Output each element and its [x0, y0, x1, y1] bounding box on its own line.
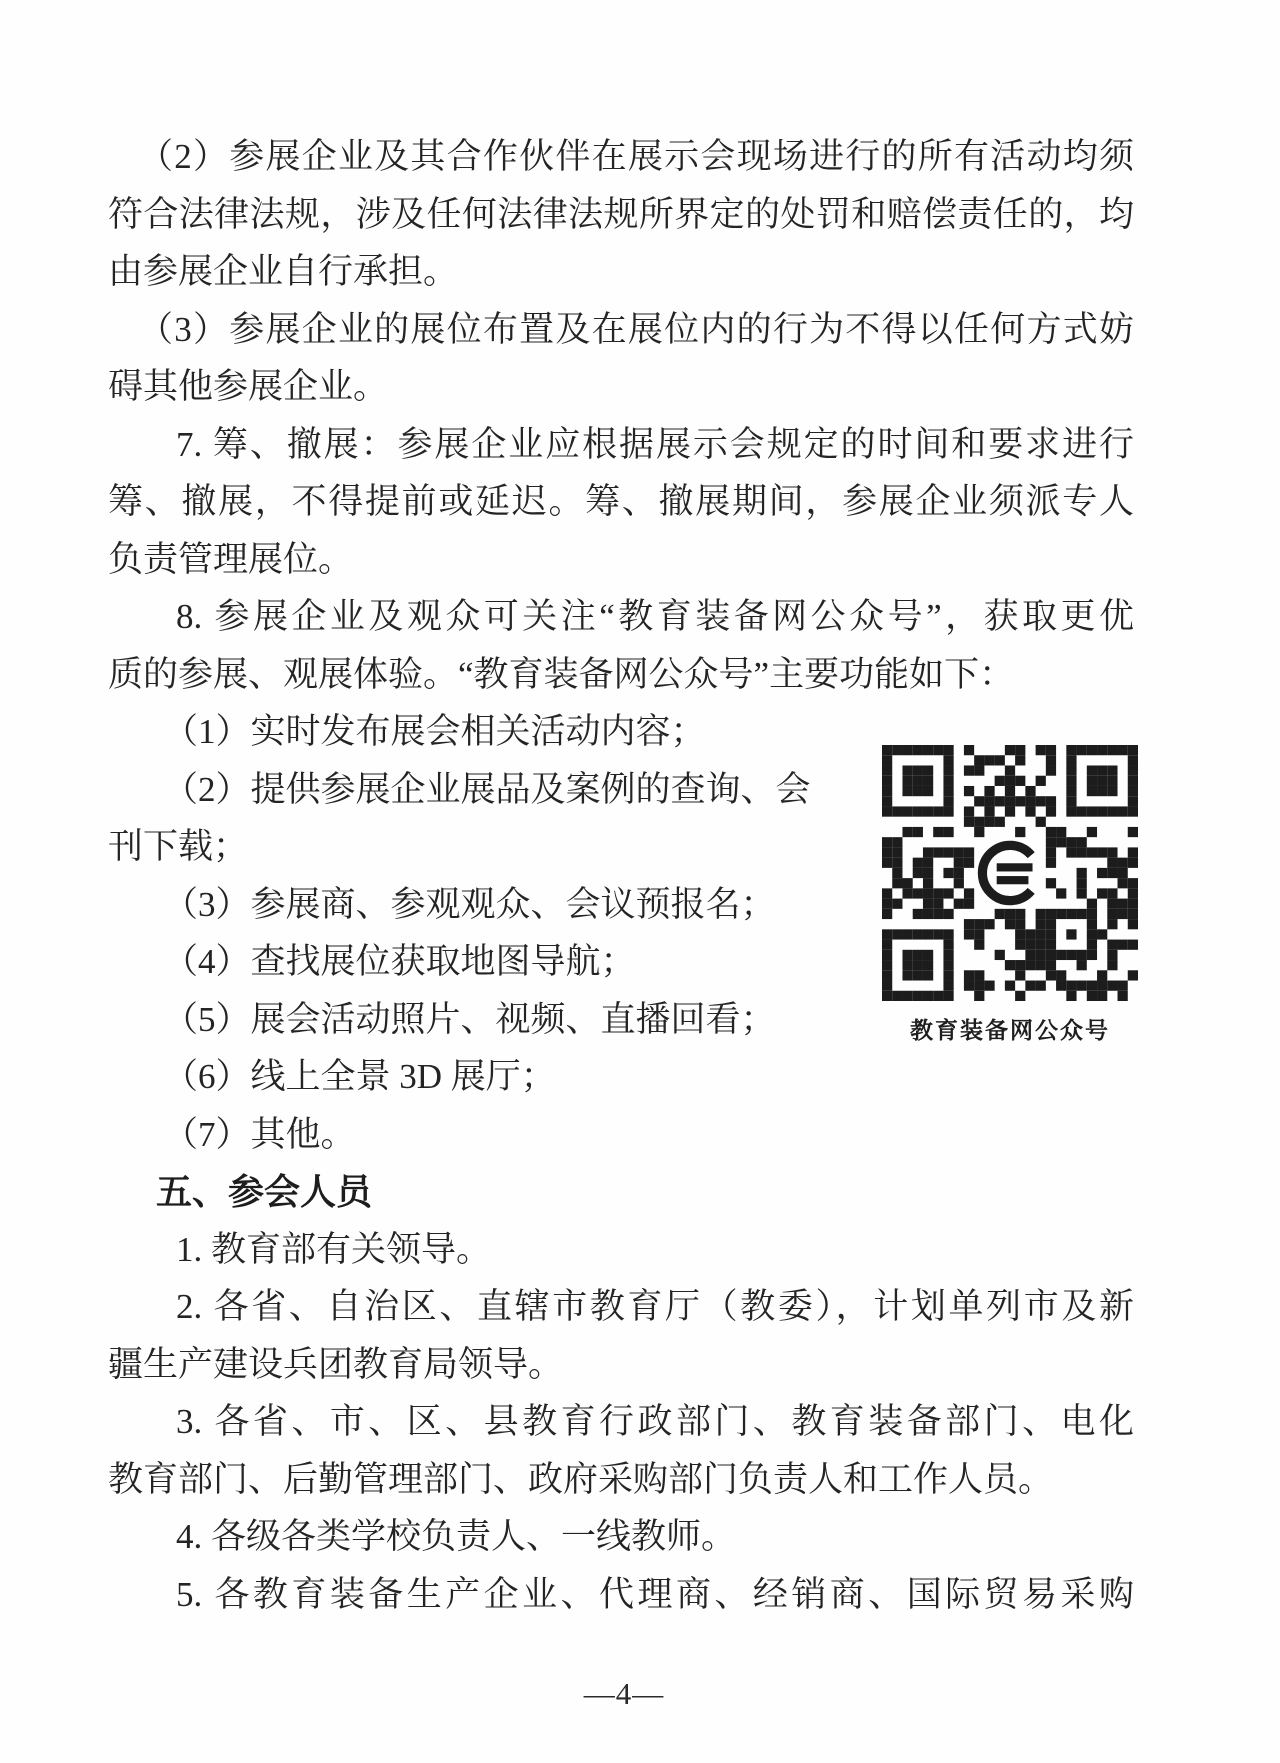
text-line: （3）参展企业的展位布置及在展位内的行为不得以任何方式妨 — [108, 301, 1134, 359]
text-line: 疆生产建设兵团教育局领导。 — [108, 1336, 1134, 1394]
text-line: 8. 参展企业及观众可关注“教育装备网公众号”，获取更优 — [108, 588, 1134, 646]
document-page: （2）参展企业及其合作伙伴在展示会现场进行的所有活动均须 符合法律法规，涉及任何… — [0, 0, 1280, 1763]
list-item: 1. 教育部有关领导。 — [108, 1221, 1134, 1279]
text-line: 筹、撤展，不得提前或延迟。筹、撤展期间，参展企业须派专人 — [108, 473, 1134, 531]
text-line: 教育部门、后勤管理部门、政府采购部门负责人和工作人员。 — [108, 1451, 1134, 1509]
text-line: 负责管理展位。 — [108, 531, 1134, 589]
text-line: 由参展企业自行承担。 — [108, 243, 1134, 301]
text-line: 符合法律法规，涉及任何法律法规所界定的处罚和赔偿责任的，均 — [108, 186, 1134, 244]
list-item: （6）线上全景 3D 展厅； — [108, 1048, 1134, 1106]
qr-code-image — [882, 745, 1138, 1001]
qr-caption: 教育装备网公众号 — [882, 1012, 1138, 1045]
text-line: 7. 筹、撤展：参展企业应根据展示会规定的时间和要求进行 — [108, 416, 1134, 474]
list-item: （7）其他。 — [108, 1106, 1134, 1164]
list-item: 3. 各省、市、区、县教育行政部门、教育装备部门、电化 — [108, 1393, 1134, 1451]
list-item: 5. 各教育装备生产企业、代理商、经销商、国际贸易采购 — [108, 1566, 1134, 1624]
text-line: 碍其他参展企业。 — [108, 358, 1134, 416]
text-line: 质的参展、观展体验。“教育装备网公众号”主要功能如下： — [108, 646, 1134, 704]
section-heading: 五、参会人员 — [108, 1163, 1134, 1221]
qr-block: 教育装备网公众号 — [882, 745, 1138, 1045]
list-item: 2. 各省、自治区、直辖市教育厅（教委），计划单列市及新 — [108, 1278, 1134, 1336]
text-line: （2）参展企业及其合作伙伴在展示会现场进行的所有活动均须 — [108, 128, 1134, 186]
list-item: 4. 各级各类学校负责人、一线教师。 — [108, 1508, 1134, 1566]
page-number: —4— — [0, 1676, 1264, 1712]
